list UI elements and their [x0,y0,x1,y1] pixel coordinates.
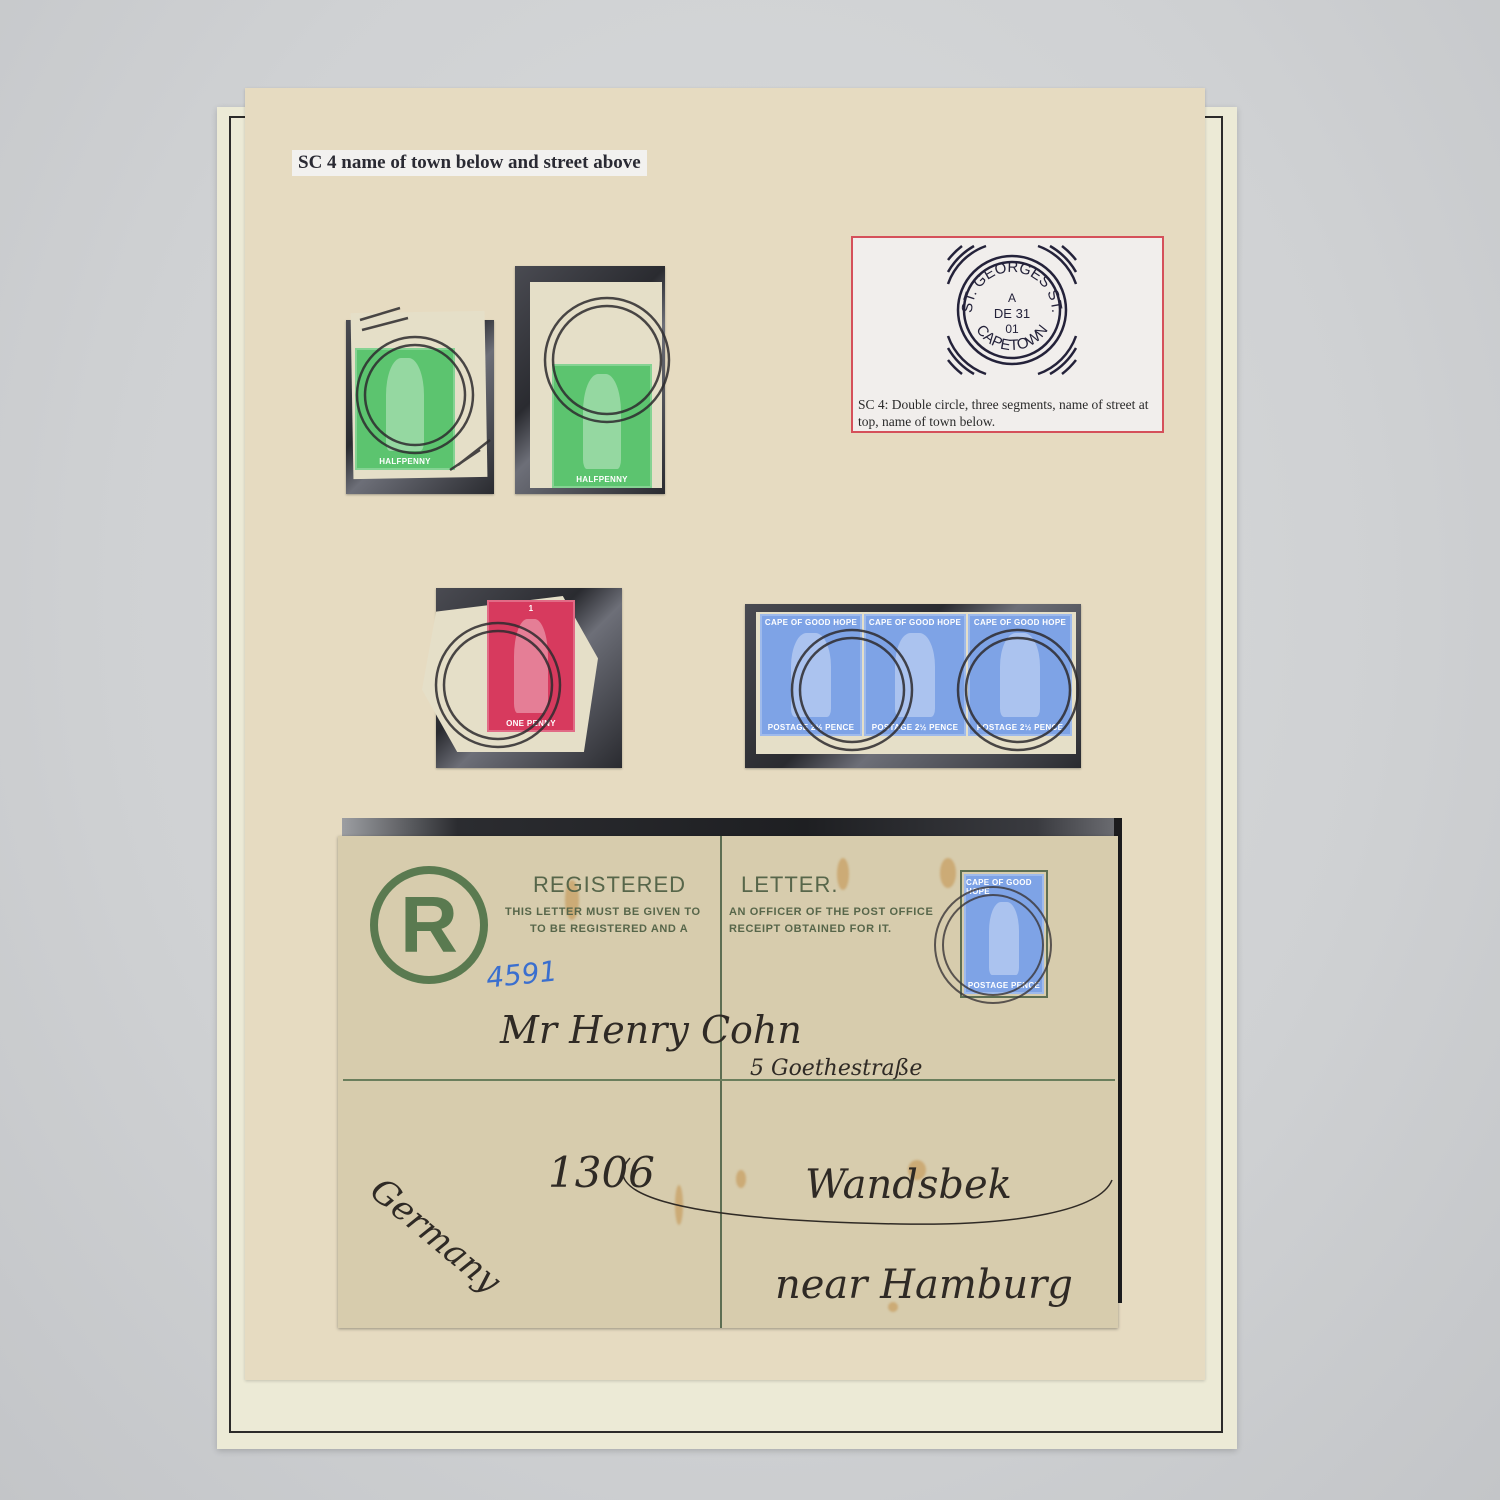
imprinted-stamp: CAPE OF GOOD HOPE POSTAGE PENCE [964,874,1044,994]
stamp-one-penny: 1 ONE PENNY [487,600,575,732]
envelope-heading-left: REGISTERED [533,872,686,898]
envelope-instruction: TO BE REGISTERED AND A [530,923,688,935]
stamp-strip-3: CAPE OF GOOD HOPE POSTAGE 2½ PENCE [968,614,1072,736]
envelope-instruction: RECEIPT OBTAINED FOR IT. [729,923,892,935]
postmark-diagram-icon: ST. GEORGES ST. CAPETOWN A DE 31 01 [942,240,1082,380]
address-city: Wandsbek [805,1162,1012,1208]
address-street: 5 Goethestraße [750,1056,922,1081]
reference-box: ST. GEORGES ST. CAPETOWN A DE 31 01 SC 4… [851,236,1164,433]
stamp-halfpenny-1: HALFPENNY [355,348,455,470]
envelope-heading-right: LETTER. [741,872,838,898]
foxing-stain [940,858,956,888]
svg-text:DE 31: DE 31 [994,306,1030,321]
reference-caption: SC 4: Double circle, three segments, nam… [858,396,1158,430]
foxing-stain [736,1170,746,1188]
registration-number: 1306 [548,1148,655,1197]
foxing-stain [675,1185,683,1225]
envelope-divider-vertical [720,836,722,1328]
page-heading: SC 4 name of town below and street above [292,150,647,176]
foxing-stain [837,858,849,890]
envelope-divider-horizontal [343,1079,1115,1081]
stamp-strip-2: CAPE OF GOOD HOPE POSTAGE 2½ PENCE [864,614,966,736]
envelope-instruction: THIS LETTER MUST BE GIVEN TO [505,906,701,918]
address-region: near Hamburg [775,1262,1073,1308]
svg-text:01: 01 [1005,322,1019,336]
stamp-strip-1: CAPE OF GOOD HOPE POSTAGE 2½ PENCE [760,614,862,736]
envelope-instruction: AN OFFICER OF THE POST OFFICE [729,906,933,918]
address-name: Mr Henry Cohn [500,1008,802,1052]
svg-text:A: A [1008,291,1016,305]
stamp-halfpenny-2: HALFPENNY [552,364,652,488]
registered-r-icon: R [370,866,488,984]
